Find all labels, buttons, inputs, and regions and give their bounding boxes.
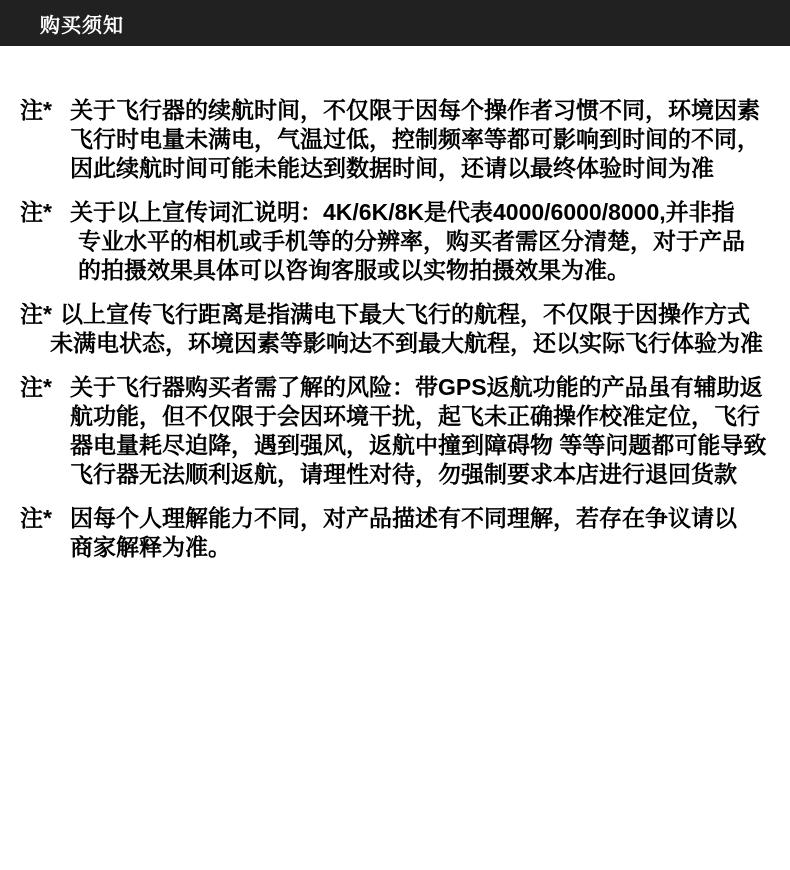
note-line: 飞行时电量未满电，气温过低，控制频率等都可影响到时间的不同，: [70, 125, 782, 154]
note-line: 关于飞行器购买者需了解的风险：带GPS返航功能的产品虽有辅助返: [70, 373, 782, 402]
note-prefix: 注*: [20, 198, 70, 227]
note-item-gps-risk: 注* 关于飞行器购买者需了解的风险：带GPS返航功能的产品虽有辅助返 航功能，但…: [20, 373, 782, 489]
note-line: 因此续航时间可能未能达到数据时间，还请以最终体验时间为准: [70, 154, 782, 183]
note-line: 专业水平的相机或手机等的分辨率，购买者需区分清楚，对于产品: [78, 227, 782, 256]
notice-header: 购买须知: [0, 0, 790, 46]
note-line: 器电量耗尽迫降，遇到强风，返航中撞到障碍物 等等问题都可能导致: [70, 431, 782, 460]
page-title: 购买须知: [40, 9, 124, 38]
note-line: 飞行器无法顺利返航，请理性对待，勿强制要求本店进行退回货款: [70, 460, 782, 489]
note-item-flight-distance: 注* 以上宣传飞行距离是指满电下最大飞行的航程，不仅限于因操作方式 未满电状态，…: [20, 300, 782, 358]
note-line: 未满电状态，环境因素等影响达不到最大航程，还以实际飞行体验为准: [50, 329, 782, 358]
notice-list: 注* 关于飞行器的续航时间，不仅限于因每个操作者习惯不同，环境因素 飞行时电量未…: [0, 46, 790, 562]
note-item-resolution-terms: 注* 关于以上宣传词汇说明：4K/6K/8K是代表4000/6000/8000,…: [20, 198, 782, 285]
purchase-notice-page: 购买须知 注* 关于飞行器的续航时间，不仅限于因每个操作者习惯不同，环境因素 飞…: [0, 0, 790, 870]
note-line: 航功能，但不仅限于会因环境干扰，起飞未正确操作校准定位，飞行: [70, 402, 782, 431]
note-body: 以上宣传飞行距离是指满电下最大飞行的航程，不仅限于因操作方式 未满电状态，环境因…: [60, 300, 782, 358]
note-line: 因每个人理解能力不同，对产品描述有不同理解，若存在争议请以: [70, 504, 782, 533]
note-prefix: 注*: [20, 504, 70, 533]
note-prefix: 注*: [20, 96, 70, 125]
note-prefix: 注*: [20, 300, 60, 329]
note-line: 关于飞行器的续航时间，不仅限于因每个操作者习惯不同，环境因素: [70, 96, 782, 125]
note-item-battery-time: 注* 关于飞行器的续航时间，不仅限于因每个操作者习惯不同，环境因素 飞行时电量未…: [20, 96, 782, 183]
note-body: 因每个人理解能力不同，对产品描述有不同理解，若存在争议请以 商家解释为准。: [70, 504, 782, 562]
note-body: 关于飞行器的续航时间，不仅限于因每个操作者习惯不同，环境因素 飞行时电量未满电，…: [70, 96, 782, 183]
note-body: 关于飞行器购买者需了解的风险：带GPS返航功能的产品虽有辅助返 航功能，但不仅限…: [70, 373, 782, 489]
note-body: 关于以上宣传词汇说明：4K/6K/8K是代表4000/6000/8000,并非指…: [70, 198, 782, 285]
note-line: 以上宣传飞行距离是指满电下最大飞行的航程，不仅限于因操作方式: [60, 300, 782, 329]
note-line: 的拍摄效果具体可以咨询客服或以实物拍摄效果为准。: [78, 256, 782, 285]
note-prefix: 注*: [20, 373, 70, 402]
note-line: 商家解释为准。: [70, 533, 782, 562]
note-item-interpretation: 注* 因每个人理解能力不同，对产品描述有不同理解，若存在争议请以 商家解释为准。: [20, 504, 782, 562]
note-line: 关于以上宣传词汇说明：4K/6K/8K是代表4000/6000/8000,并非指: [70, 198, 782, 227]
